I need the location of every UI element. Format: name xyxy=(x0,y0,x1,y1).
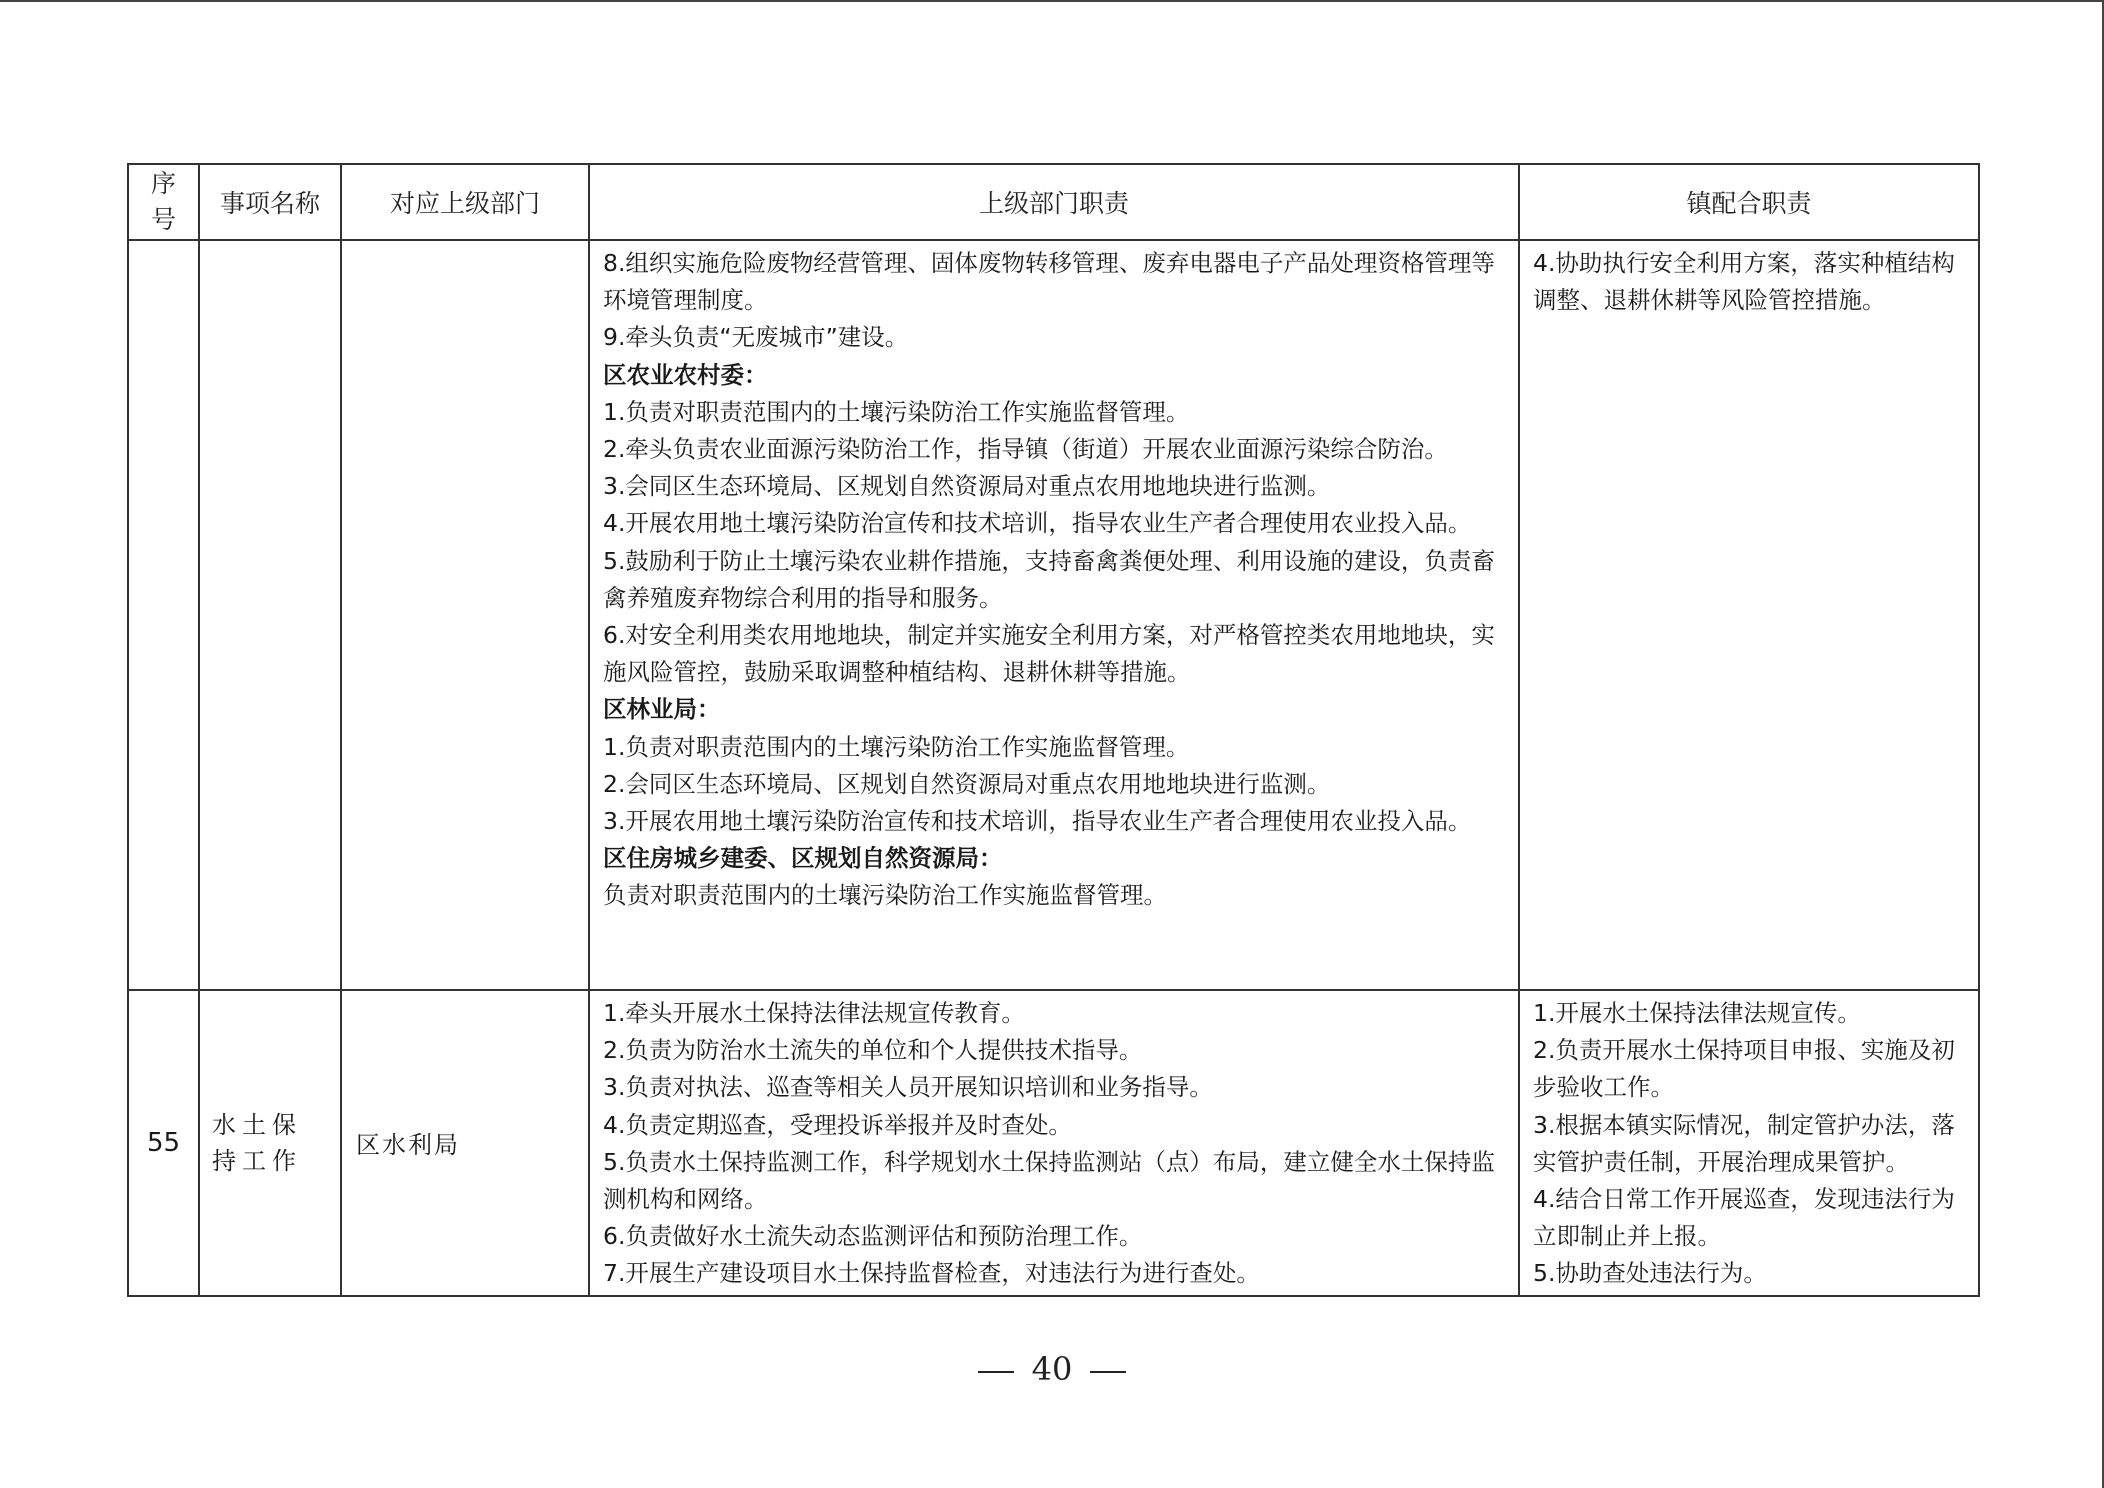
header-seq-line-1: 序 xyxy=(151,169,176,198)
header-seq-line-2: 号 xyxy=(151,205,176,234)
header-town-duties: 镇配合职责 xyxy=(1519,164,1979,240)
duty-item: 2.会同区生态环境局、区规划自然资源局对重点农用地地块进行监测。 xyxy=(603,766,1506,803)
duty-item: 1.负责对职责范围内的土壤污染防治工作实施监督管理。 xyxy=(603,729,1506,766)
cell-upper-duties: 1.牵头开展水土保持法律法规宣传教育。2.负责为防治水土流失的单位和个人提供技术… xyxy=(589,990,1519,1296)
cell-item-name: 水土保持工作 xyxy=(199,990,341,1296)
cell-item-name xyxy=(199,240,341,990)
cell-upper-dept xyxy=(341,240,589,990)
department-heading: 区农业农村委： xyxy=(603,357,1506,394)
town-duties-list: 4.协助执行安全利用方案，落实种植结构调整、退耕休耕等风险管控措施。 xyxy=(1520,241,1978,321)
page-number-value: 40 xyxy=(1032,1350,1073,1388)
duty-item: 1.牵头开展水土保持法律法规宣传教育。 xyxy=(603,995,1506,1032)
duty-item: 负责对职责范围内的土壤污染防治工作实施监督管理。 xyxy=(603,877,1506,914)
duty-item: 1.负责对职责范围内的土壤污染防治工作实施监督管理。 xyxy=(603,394,1506,431)
duty-item: 5.鼓励利于防止土壤污染农业耕作措施，支持畜禽粪便处理、利用设施的建设，负责畜禽… xyxy=(603,543,1506,617)
duty-item: 4.负责定期巡查，受理投诉举报并及时查处。 xyxy=(603,1107,1506,1144)
duty-item: 9.牵头负责“无废城市”建设。 xyxy=(603,319,1506,356)
duty-item: 2.牵头负责农业面源污染防治工作，指导镇（街道）开展农业面源污染综合防治。 xyxy=(603,431,1506,468)
cell-seq: 55 xyxy=(128,990,199,1296)
duty-item: 2.负责为防治水土流失的单位和个人提供技术指导。 xyxy=(603,1032,1506,1069)
page-top-rule xyxy=(0,0,2104,2)
header-seq: 序 号 xyxy=(128,164,199,240)
town-duty-item: 2.负责开展水土保持项目申报、实施及初步验收工作。 xyxy=(1533,1032,1966,1106)
town-duty-item: 4.协助执行安全利用方案，落实种植结构调整、退耕休耕等风险管控措施。 xyxy=(1533,245,1966,319)
town-duty-item: 3.根据本镇实际情况，制定管护办法，落实管护责任制，开展治理成果管护。 xyxy=(1533,1107,1966,1181)
table-row: 55 水土保持工作 区水利局 1.牵头开展水土保持法律法规宣传教育。2.负责为防… xyxy=(128,990,1979,1296)
department-heading: 区住房城乡建委、区规划自然资源局： xyxy=(603,840,1506,877)
upper-duties-list: 1.牵头开展水土保持法律法规宣传教育。2.负责为防治水土流失的单位和个人提供技术… xyxy=(590,991,1518,1295)
table-row: 8.组织实施危险废物经营管理、固体废物转移管理、废弃电器电子产品处理资格管理等环… xyxy=(128,240,1979,990)
duty-item: 5.负责水土保持监测工作，科学规划水土保持监测站（点）布局，建立健全水土保持监测… xyxy=(603,1144,1506,1218)
duty-item: 7.开展生产建设项目水土保持监督检查，对违法行为进行查处。 xyxy=(603,1255,1506,1292)
page-number: 40 xyxy=(0,1350,2104,1388)
cell-town-duties: 1.开展水土保持法律法规宣传。2.负责开展水土保持项目申报、实施及初步验收工作。… xyxy=(1519,990,1979,1296)
upper-duties-list: 8.组织实施危险废物经营管理、固体废物转移管理、废弃电器电子产品处理资格管理等环… xyxy=(590,241,1518,917)
table-header-row: 序 号 事项名称 对应上级部门 上级部门职责 镇配合职责 xyxy=(128,164,1979,240)
cell-seq xyxy=(128,240,199,990)
town-duty-item: 1.开展水土保持法律法规宣传。 xyxy=(1533,995,1966,1032)
header-upper-duties: 上级部门职责 xyxy=(589,164,1519,240)
department-heading: 区林业局： xyxy=(603,691,1506,728)
duty-item: 6.负责做好水土流失动态监测评估和预防治理工作。 xyxy=(603,1218,1506,1255)
cell-upper-dept: 区水利局 xyxy=(341,990,589,1296)
duty-item: 6.对安全利用类农用地地块，制定并实施安全利用方案，对严格管控类农用地地块，实施… xyxy=(603,617,1506,691)
cell-town-duties: 4.协助执行安全利用方案，落实种植结构调整、退耕休耕等风险管控措施。 xyxy=(1519,240,1979,990)
dash-left-icon xyxy=(978,1371,1014,1373)
duty-item: 3.开展农用地土壤污染防治宣传和技术培训，指导农业生产者合理使用农业投入品。 xyxy=(603,803,1506,840)
duty-item: 3.负责对执法、巡查等相关人员开展知识培训和业务指导。 xyxy=(603,1069,1506,1106)
town-duty-item: 4.结合日常工作开展巡查，发现违法行为立即制止并上报。 xyxy=(1533,1181,1966,1255)
dash-right-icon xyxy=(1090,1371,1126,1373)
duty-item: 8.组织实施危险废物经营管理、固体废物转移管理、废弃电器电子产品处理资格管理等环… xyxy=(603,245,1506,319)
town-duty-item: 5.协助查处违法行为。 xyxy=(1533,1255,1966,1292)
town-duties-list: 1.开展水土保持法律法规宣传。2.负责开展水土保持项目申报、实施及初步验收工作。… xyxy=(1520,991,1978,1295)
duties-table: 序 号 事项名称 对应上级部门 上级部门职责 镇配合职责 8.组织实施危险废物经… xyxy=(127,163,1980,1297)
duty-item: 3.会同区生态环境局、区规划自然资源局对重点农用地地块进行监测。 xyxy=(603,468,1506,505)
header-item-name: 事项名称 xyxy=(199,164,341,240)
duty-item: 4.开展农用地土壤污染防治宣传和技术培训，指导农业生产者合理使用农业投入品。 xyxy=(603,505,1506,542)
cell-upper-duties: 8.组织实施危险废物经营管理、固体废物转移管理、废弃电器电子产品处理资格管理等环… xyxy=(589,240,1519,990)
header-upper-dept: 对应上级部门 xyxy=(341,164,589,240)
